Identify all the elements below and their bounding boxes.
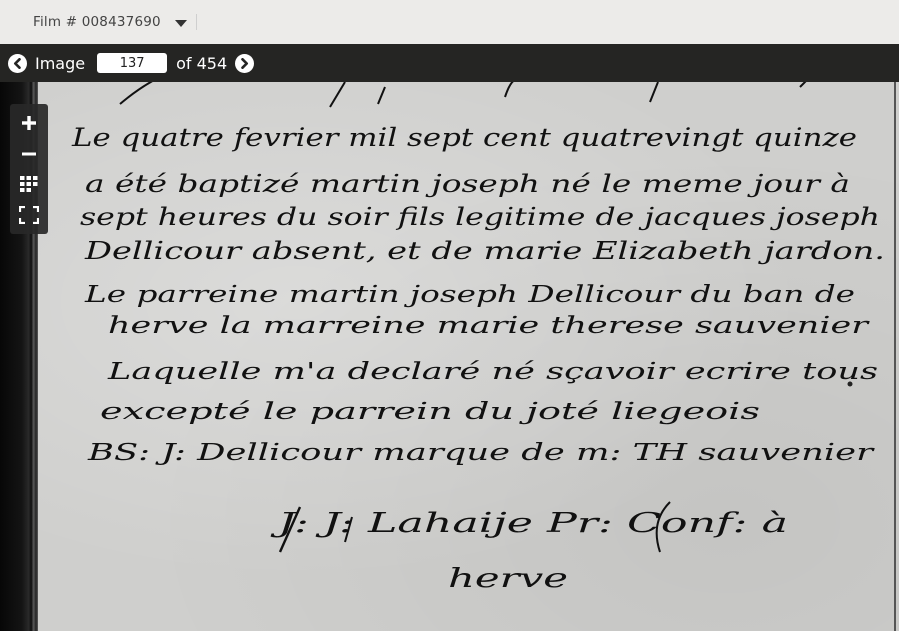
image-number-input[interactable]: [97, 53, 167, 73]
image-label: Image: [35, 54, 85, 73]
zoom-in-button[interactable]: [14, 109, 44, 137]
chevron-left-icon: [12, 58, 23, 69]
page-right-edge: [894, 82, 896, 631]
next-image-button[interactable]: [235, 54, 254, 73]
zoom-controls-panel: [10, 104, 48, 234]
total-images-label: of 454: [176, 54, 227, 73]
image-viewer[interactable]: Le quatre fevrier mil sept cent quatrevi…: [0, 82, 899, 631]
image-navigation-toolbar: Image of 454: [0, 44, 899, 82]
fullscreen-button[interactable]: [14, 201, 44, 229]
plus-icon: [21, 115, 37, 131]
document-image[interactable]: [38, 82, 899, 631]
header-divider: [196, 14, 197, 30]
film-header: Film # 008437690: [0, 0, 899, 44]
grid-icon: [20, 176, 38, 192]
fullscreen-icon: [19, 206, 39, 224]
minus-icon: [21, 146, 37, 162]
film-dropdown-caret-icon[interactable]: [175, 20, 187, 27]
previous-image-button[interactable]: [8, 54, 27, 73]
film-number-label: Film # 008437690: [33, 14, 161, 30]
chevron-right-icon: [239, 58, 250, 69]
gallery-view-button[interactable]: [14, 170, 44, 198]
zoom-out-button[interactable]: [14, 140, 44, 168]
